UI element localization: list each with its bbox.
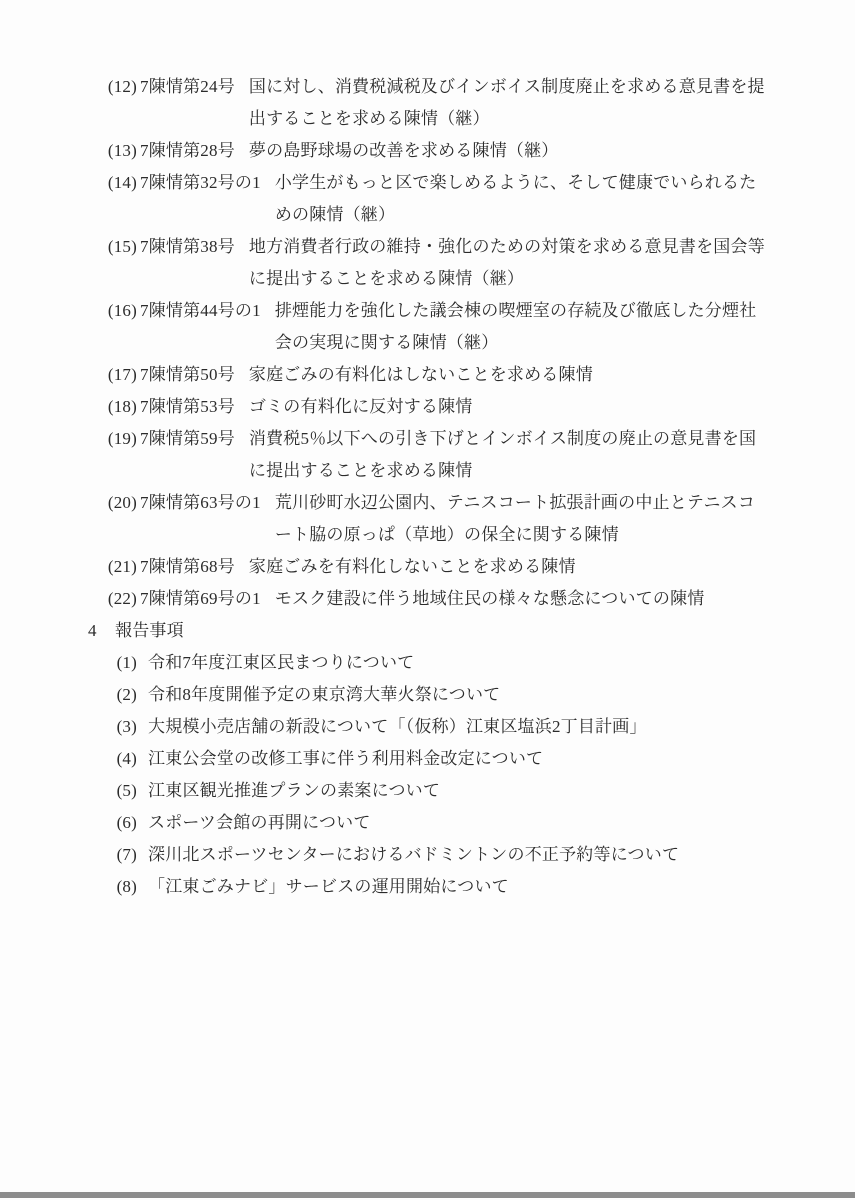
petition-item-marker: (21) — [103, 551, 137, 583]
petition-item-marker: (12) — [103, 71, 137, 103]
petition-number: 7陳情第50号 — [140, 359, 235, 391]
petition-title-line: めの陳情（継） — [275, 199, 757, 231]
petition-title: モスク建設に伴う地域住民の様々な懸念についての陳情 — [275, 583, 705, 615]
petition-title: 排煙能力を強化した議会棟の喫煙室の存続及び徹底した分煙社会の実現に関する陳情（継… — [275, 295, 757, 359]
petition-item-marker: (18) — [103, 391, 137, 423]
petition-item: (20) 7陳情第63号の1 荒川砂町水辺公園内、テニスコート拡張計画の中止とテ… — [88, 487, 785, 551]
petition-title-line: 消費税5％以下への引き下げとインボイス制度の廃止の意見書を国 — [249, 423, 756, 455]
petition-item-marker: (19) — [103, 423, 137, 455]
petition-title-line: 小学生がもっと区で楽しめるように、そして健康でいられるた — [275, 167, 757, 199]
report-item: (7) 深川北スポーツセンターにおけるバドミントンの不正予約等について — [88, 839, 785, 871]
report-item: (8) 「江東ごみナビ」サービスの運用開始について — [88, 871, 785, 903]
petition-item: (12) 7陳情第24号 国に対し、消費税減税及びインボイス制度廃止を求める意見… — [88, 71, 785, 135]
petition-item: (16) 7陳情第44号の1 排煙能力を強化した議会棟の喫煙室の存続及び徹底した… — [88, 295, 785, 359]
report-item: (3) 大規模小売店舗の新設について「（仮称）江東区塩浜2丁目計画」 — [88, 711, 785, 743]
report-item-marker: (5) — [103, 775, 137, 807]
petition-title-line: 家庭ごみの有料化はしないことを求める陳情 — [249, 359, 593, 391]
report-item-text: 大規模小売店舗の新設について「（仮称）江東区塩浜2丁目計画」 — [148, 711, 647, 743]
petition-title-line: モスク建設に伴う地域住民の様々な懸念についての陳情 — [275, 583, 705, 615]
report-item-marker: (6) — [103, 807, 137, 839]
petition-title: 消費税5％以下への引き下げとインボイス制度の廃止の意見書を国に提出することを求め… — [249, 423, 756, 487]
petition-item-marker: (14) — [103, 167, 137, 199]
petition-title: 夢の島野球場の改善を求める陳情（継） — [249, 135, 559, 167]
petition-item: (19) 7陳情第59号 消費税5％以下への引き下げとインボイス制度の廃止の意見… — [88, 423, 785, 487]
report-item: (4) 江東公会堂の改修工事に伴う利用料金改定について — [88, 743, 785, 775]
petition-number: 7陳情第53号 — [140, 391, 235, 423]
report-item-text: 江東区観光推進プランの素案について — [148, 775, 440, 807]
petition-item: (13) 7陳情第28号 夢の島野球場の改善を求める陳情（継） — [88, 135, 785, 167]
bottom-bar — [0, 1192, 855, 1198]
petition-title-line: に提出することを求める陳情 — [249, 455, 756, 487]
report-item-marker: (4) — [103, 743, 137, 775]
petition-title: 家庭ごみの有料化はしないことを求める陳情 — [249, 359, 593, 391]
petition-title: 小学生がもっと区で楽しめるように、そして健康でいられるための陳情（継） — [275, 167, 757, 231]
petition-item: (17) 7陳情第50号 家庭ごみの有料化はしないことを求める陳情 — [88, 359, 785, 391]
report-item-marker: (1) — [103, 647, 137, 679]
report-item: (6) スポーツ会館の再開について — [88, 807, 785, 839]
petition-item-marker: (13) — [103, 135, 137, 167]
petition-number: 7陳情第32号の1 — [140, 167, 261, 199]
petition-title-line: 出することを求める陳情（継） — [249, 103, 765, 135]
petition-title-line: 国に対し、消費税減税及びインボイス制度廃止を求める意見書を提 — [249, 71, 765, 103]
report-item-text: スポーツ会館の再開について — [148, 807, 371, 839]
report-item-marker: (7) — [103, 839, 137, 871]
section-title: 報告事項 — [115, 621, 184, 640]
petition-number: 7陳情第24号 — [140, 71, 235, 103]
petition-item-marker: (22) — [103, 583, 137, 615]
petition-title-line: 夢の島野球場の改善を求める陳情（継） — [249, 135, 559, 167]
petition-title-line: 会の実現に関する陳情（継） — [275, 327, 757, 359]
petition-title-line: 排煙能力を強化した議会棟の喫煙室の存続及び徹底した分煙社 — [275, 295, 757, 327]
petition-title-line: 地方消費者行政の維持・強化のための対策を求める意見書を国会等 — [249, 231, 765, 263]
petition-title-line: に提出することを求める陳情（継） — [249, 263, 765, 295]
petition-number: 7陳情第69号の1 — [140, 583, 261, 615]
document-viewer: { "page": { "background": "#fdfdfd", "te… — [0, 0, 855, 1200]
petition-item: (21) 7陳情第68号 家庭ごみを有料化しないことを求める陳情 — [88, 551, 785, 583]
report-item-marker: (8) — [103, 871, 137, 903]
petition-number: 7陳情第59号 — [140, 423, 235, 455]
petition-number: 7陳情第63号の1 — [140, 487, 261, 519]
report-item-text: 令和8年度開催予定の東京湾大華火祭について — [148, 679, 500, 711]
agenda-content: (12) 7陳情第24号 国に対し、消費税減税及びインボイス制度廃止を求める意見… — [0, 0, 855, 903]
document-page: (12) 7陳情第24号 国に対し、消費税減税及びインボイス制度廃止を求める意見… — [0, 0, 855, 1200]
petition-title-line: ゴミの有料化に反対する陳情 — [249, 391, 473, 423]
petition-item-marker: (15) — [103, 231, 137, 263]
petition-number: 7陳情第44号の1 — [140, 295, 261, 327]
petition-item-marker: (16) — [103, 295, 137, 327]
petition-item-marker: (20) — [103, 487, 137, 519]
report-item: (1) 令和7年度江東区民まつりについて — [88, 647, 785, 679]
report-item-marker: (2) — [103, 679, 137, 711]
report-item-text: 深川北スポーツセンターにおけるバドミントンの不正予約等について — [148, 839, 679, 871]
petition-title-line: ート脇の原っぱ（草地）の保全に関する陳情 — [275, 519, 755, 551]
report-item: (5) 江東区観光推進プランの素案について — [88, 775, 785, 807]
report-item-text: 令和7年度江東区民まつりについて — [148, 647, 414, 679]
petition-title: 家庭ごみを有料化しないことを求める陳情 — [249, 551, 576, 583]
report-item-text: 江東公会堂の改修工事に伴う利用料金改定について — [148, 743, 543, 775]
petition-title: 荒川砂町水辺公園内、テニスコート拡張計画の中止とテニスコート脇の原っぱ（草地）の… — [275, 487, 755, 551]
report-item-marker: (3) — [103, 711, 137, 743]
petition-number: 7陳情第38号 — [140, 231, 235, 263]
petition-item: (22) 7陳情第69号の1 モスク建設に伴う地域住民の様々な懸念についての陳情 — [88, 583, 785, 615]
petition-item: (18) 7陳情第53号 ゴミの有料化に反対する陳情 — [88, 391, 785, 423]
petition-number: 7陳情第68号 — [140, 551, 235, 583]
petition-item: (14) 7陳情第32号の1 小学生がもっと区で楽しめるように、そして健康でいら… — [88, 167, 785, 231]
report-item-text: 「江東ごみナビ」サービスの運用開始について — [148, 871, 509, 903]
petition-title: ゴミの有料化に反対する陳情 — [249, 391, 473, 423]
petition-number: 7陳情第28号 — [140, 135, 235, 167]
petition-item-marker: (17) — [103, 359, 137, 391]
petition-title: 国に対し、消費税減税及びインボイス制度廃止を求める意見書を提出することを求める陳… — [249, 71, 765, 135]
section-number: 4 — [88, 615, 115, 647]
report-item: (2) 令和8年度開催予定の東京湾大華火祭について — [88, 679, 785, 711]
section-heading: 4報告事項 — [88, 615, 785, 647]
petition-title-line: 家庭ごみを有料化しないことを求める陳情 — [249, 551, 576, 583]
petition-title-line: 荒川砂町水辺公園内、テニスコート拡張計画の中止とテニスコ — [275, 487, 755, 519]
petition-item: (15) 7陳情第38号 地方消費者行政の維持・強化のための対策を求める意見書を… — [88, 231, 785, 295]
petition-title: 地方消費者行政の維持・強化のための対策を求める意見書を国会等に提出することを求め… — [249, 231, 765, 295]
